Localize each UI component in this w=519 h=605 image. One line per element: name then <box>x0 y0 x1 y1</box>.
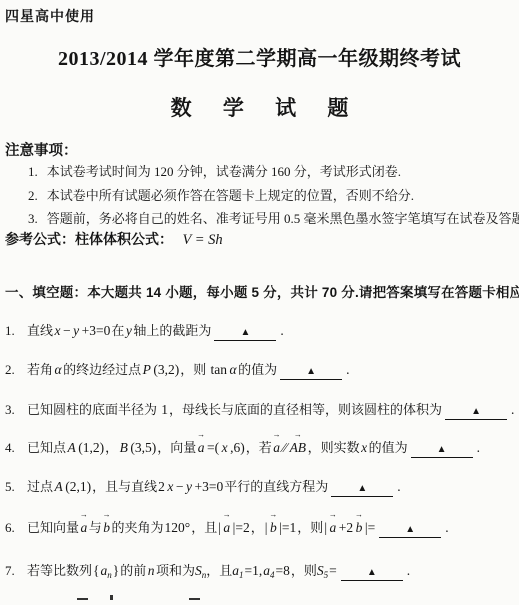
vector-base: b <box>270 520 277 535</box>
answer-blank: ▲ <box>280 365 342 380</box>
math-roman: (1,2) <box>77 440 105 455</box>
question-text: 轴上的截距为 <box>133 323 211 338</box>
cutoff-mark <box>77 598 88 600</box>
vector-term: →a <box>196 438 206 457</box>
question-number: 4. <box>5 438 27 457</box>
vector-base: a <box>223 520 230 535</box>
math-subscript: 4 <box>270 570 275 580</box>
math-roman: =1, <box>244 563 264 578</box>
math-variable: y <box>185 479 194 494</box>
vector-term: →a <box>79 518 89 537</box>
question-number: 1. <box>5 321 27 340</box>
question-number: 5. <box>5 477 27 496</box>
vector-arrow-icon: → <box>272 431 282 439</box>
math-variable: x <box>53 323 62 338</box>
math-roman: 120° <box>164 520 192 535</box>
vector-term: →b <box>268 518 278 537</box>
question-text: ，若 <box>246 440 272 455</box>
math-roman: − <box>62 323 72 338</box>
math-roman: +2 <box>338 520 354 535</box>
question-text: ，则 <box>180 362 209 377</box>
vector-arrow-icon: → <box>354 511 364 519</box>
section-heading: 一、填空题：本大题共 14 小题，每小题 5 分，共计 70 分.请把答案填写在… <box>5 281 517 301</box>
math-roman: =8 <box>275 563 291 578</box>
vector-base: a <box>330 520 337 535</box>
question-item: 6.已知向量→a与→b的夹角为120°，且|→a|=2，|→b|=1，则|→a+… <box>5 518 517 538</box>
question-text: 在 <box>111 323 124 338</box>
question-text: 项和为 <box>156 563 195 578</box>
math-roman: . <box>444 520 449 535</box>
math-roman: . <box>510 402 515 417</box>
math-roman: (2,1) <box>64 479 92 494</box>
math-roman: } <box>112 563 120 578</box>
vector-base: a <box>198 440 205 455</box>
math-roman: . <box>396 479 401 494</box>
question-number: 3. <box>5 400 27 419</box>
math-subscripted: a1 <box>232 563 243 578</box>
math-variable: x <box>220 440 229 455</box>
math-variable: x <box>166 479 175 494</box>
vector-arrow-icon: → <box>328 511 338 519</box>
answer-blank: ▲ <box>214 326 276 341</box>
question-text: 的前 <box>120 563 146 578</box>
question-text: ，则 <box>291 563 317 578</box>
question-text: 已知点 <box>27 440 66 455</box>
math-roman: +3=0 <box>194 479 225 494</box>
math-subscripted: S5 <box>317 563 328 578</box>
question-item: 3.已知圆柱的底面半径为 1，母线长与底面的直径相等，则该圆柱的体积为▲. <box>5 400 517 420</box>
question-text: 的夹角为 <box>112 520 164 535</box>
math-subscript: 1 <box>239 570 244 580</box>
question-text: 的值为 <box>238 362 277 377</box>
question-text: ，母线长与底面的直径相等，则该圆柱的体积为 <box>169 402 442 417</box>
math-variable: x <box>360 440 369 455</box>
vector-term: →a <box>222 518 232 537</box>
question-text: 若等比数列 <box>27 563 92 578</box>
vector-base: AB <box>290 440 307 455</box>
question-text: ， <box>251 520 264 535</box>
question-text: 已知向量 <box>27 520 79 535</box>
math-roman: − <box>175 479 185 494</box>
math-variable: A <box>53 479 64 494</box>
math-roman: . <box>406 563 411 578</box>
vector-arrow-icon: → <box>79 511 89 519</box>
question-item: 4.已知点A(1,2)，B(3,5)，向量→a=(x,6)，若→a∕∕→AB，则… <box>5 438 517 458</box>
vector-arrow-icon: → <box>222 511 232 519</box>
math-roman: 2 <box>157 479 166 494</box>
cutoff-mark <box>189 598 200 600</box>
question-text: 过点 <box>27 479 53 494</box>
answer-blank: ▲ <box>341 566 403 581</box>
math-roman: . <box>476 440 481 455</box>
question-text: 的终边经过点 <box>63 362 141 377</box>
answer-blank: ▲ <box>331 482 393 497</box>
math-subscripted: a4 <box>263 563 274 578</box>
answer-blank: ▲ <box>445 405 507 420</box>
math-variable: n <box>146 563 156 578</box>
math-roman: ,6) <box>229 440 246 455</box>
question-text: 的值为 <box>369 440 408 455</box>
math-roman: =( <box>206 440 220 455</box>
formula-expression: V = Sh <box>183 232 223 248</box>
math-subscripted: an <box>101 563 112 578</box>
question-text: 若角 <box>27 362 53 377</box>
math-roman: (3,5) <box>129 440 157 455</box>
question-text: 直线 <box>27 323 53 338</box>
answer-blank: ▲ <box>411 443 473 458</box>
corner-note: 四星高中使用 <box>5 6 95 26</box>
vector-arrow-icon: → <box>102 511 112 519</box>
math-roman: |=2 <box>232 520 251 535</box>
notice-item: 2.本试卷中所有试题必须作答在答题卡上规定的位置，否则不给分. <box>28 184 517 208</box>
math-roman: |=1 <box>278 520 297 535</box>
exam-subtitle: 数 学 试 题 <box>0 92 519 122</box>
notice-item: 1.本试卷考试时间为 120 分钟，试卷满分 160 分，考试形式闭卷. <box>28 160 517 184</box>
math-roman: tan <box>210 362 229 377</box>
vector-arrow-icon: → <box>196 431 206 439</box>
vector-term: →a <box>328 518 338 537</box>
notice-item-number: 2. <box>28 188 38 203</box>
vector-base: a <box>81 520 88 535</box>
notice-item-text: 本试卷考试时间为 120 分钟，试卷满分 160 分，考试形式闭卷. <box>47 164 401 179</box>
vector-arrow-icon: → <box>268 511 278 519</box>
math-roman: { <box>92 563 100 578</box>
question-text: ，向量 <box>157 440 196 455</box>
question-text: ， <box>105 440 118 455</box>
notice-item-number: 1. <box>28 164 38 179</box>
notice-list: 1.本试卷考试时间为 120 分钟，试卷满分 160 分，考试形式闭卷.2.本试… <box>28 160 517 231</box>
notice-item-text: 答题前，务必将自己的姓名、准考证号用 0.5 毫米黑色墨水签字笔填写在试卷及答题… <box>47 211 519 226</box>
vector-base: b <box>103 520 110 535</box>
math-variable: P <box>141 362 152 377</box>
question-number: 7. <box>5 561 27 580</box>
math-variable: α <box>228 362 238 377</box>
vector-term: →b <box>102 518 112 537</box>
question-item: 5.过点A(2,1)，且与直线2x−y+3=0平行的直线方程为▲. <box>5 477 517 497</box>
question-text: ，则 <box>297 520 323 535</box>
vector-base: a <box>273 440 280 455</box>
math-variable: A <box>66 440 77 455</box>
math-variable: S <box>195 563 202 578</box>
question-item: 7.若等比数列{an}的前n项和为Sn，且a1=1,a4=8，则S5=▲. <box>5 561 517 585</box>
question-text: ，且 <box>191 520 217 535</box>
notice-item: 3.答题前，务必将自己的姓名、准考证号用 0.5 毫米黑色墨水签字笔填写在试卷及… <box>28 207 517 231</box>
math-variable: B <box>118 440 129 455</box>
math-roman: (3,2) <box>152 362 180 377</box>
math-variable: y <box>72 323 81 338</box>
math-roman: . <box>345 362 350 377</box>
vector-term: →AB <box>288 438 308 457</box>
notice-item-text: 本试卷中所有试题必须作答在答题卡上规定的位置，否则不给分. <box>47 188 414 203</box>
exam-title: 2013/2014 学年度第二学期高一年级期终考试 <box>0 42 519 71</box>
math-roman: 1 <box>160 402 169 417</box>
math-roman: +3=0 <box>81 323 112 338</box>
question-text: 已知圆柱的底面半径为 <box>27 402 160 417</box>
question-text: ，且与直线 <box>92 479 157 494</box>
math-roman: . <box>279 323 284 338</box>
cutoff-mark <box>110 595 113 600</box>
answer-blank: ▲ <box>379 523 441 538</box>
math-variable: α <box>53 362 63 377</box>
formula-label: 参考公式：柱体体积公式： <box>5 231 173 247</box>
vector-term: →a <box>272 438 282 457</box>
notice-item-number: 3. <box>28 211 38 226</box>
vector-base: b <box>356 520 363 535</box>
vector-term: →b <box>354 518 364 537</box>
question-number: 2. <box>5 360 27 379</box>
math-roman: |= <box>364 520 376 535</box>
question-item: 1.直线x−y+3=0在y轴上的截距为▲. <box>5 321 517 341</box>
question-text: ，则实数 <box>308 440 360 455</box>
math-subscripted: Sn <box>195 563 206 578</box>
question-text: 平行的直线方程为 <box>224 479 328 494</box>
vector-arrow-icon: → <box>288 431 308 439</box>
question-item: 2.若角α的终边经过点P(3,2)，则 tanα的值为▲. <box>5 360 517 380</box>
formula-line: 参考公式：柱体体积公式： V = Sh <box>5 229 223 249</box>
notice-heading: 注意事项： <box>5 139 78 160</box>
question-text: 与 <box>89 520 102 535</box>
math-variable: S <box>317 563 324 578</box>
math-roman: = <box>328 563 338 578</box>
question-number: 6. <box>5 518 27 537</box>
question-text: ，且 <box>206 563 232 578</box>
